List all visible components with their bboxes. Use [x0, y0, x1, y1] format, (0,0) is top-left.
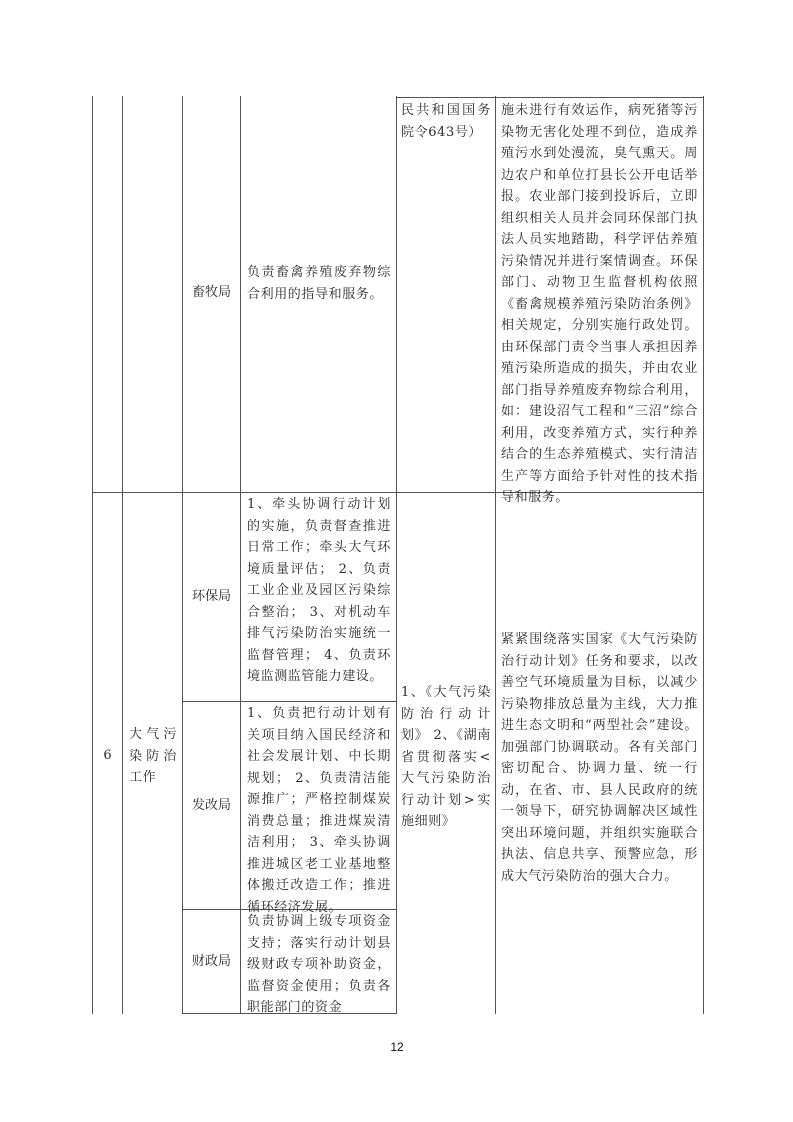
- measures-text: 施未进行有效运作，病死猪等污染物无害化处理不到位，造成养殖污水到处漫流，臭气熏天…: [501, 100, 698, 509]
- column-divider-4: [396, 96, 397, 1014]
- legal-basis: 1、《大气污染防治行动计划》 2、《湖南省贯彻落实<大气污染防治行动计划>实施细…: [401, 682, 491, 833]
- column-divider-2: [182, 96, 183, 1014]
- column-divider-5: [495, 96, 496, 1014]
- column-divider-3: [240, 96, 241, 1014]
- department-duty: 1、负责把行动计划有关项目纳入国民经济和社会发展计划、中长期规划； 2、负责清洁…: [247, 703, 391, 918]
- dept-divider-1: [182, 701, 396, 702]
- department-name: 畜牧局: [183, 282, 240, 304]
- department-name: 环保局: [183, 586, 240, 608]
- row-index: 6: [93, 745, 122, 767]
- page-number: 12: [386, 1040, 408, 1054]
- table-border-right: [703, 96, 704, 1014]
- table-border-left: [92, 96, 93, 1014]
- department-duty: 1、牵头协调行动计划的实施，负责督查推进日常工作；牵头大气环境质量评估； 2、负…: [247, 494, 391, 688]
- legal-basis: 民共和国国务院令643号）: [401, 100, 491, 143]
- top-border-cols-5-6: [396, 97, 704, 98]
- column-divider-1: [122, 96, 123, 1014]
- department-name: 发改局: [183, 795, 240, 817]
- department-duty: 负责协调上级专项资金支持；落实行动计划县级财政专项补助资金，监督资金使用；负责各…: [247, 911, 391, 1019]
- department-name: 财政局: [183, 951, 240, 973]
- department-duty: 负责畜禽养殖废弃物综合利用的指导和服务。: [247, 262, 391, 305]
- task-name: 大气污染防治工作: [129, 724, 177, 789]
- measures-text: 紧紧围绕落实国家《大气污染防治行动计划》任务和要求，以改善空气环境质量为目标，以…: [501, 629, 698, 887]
